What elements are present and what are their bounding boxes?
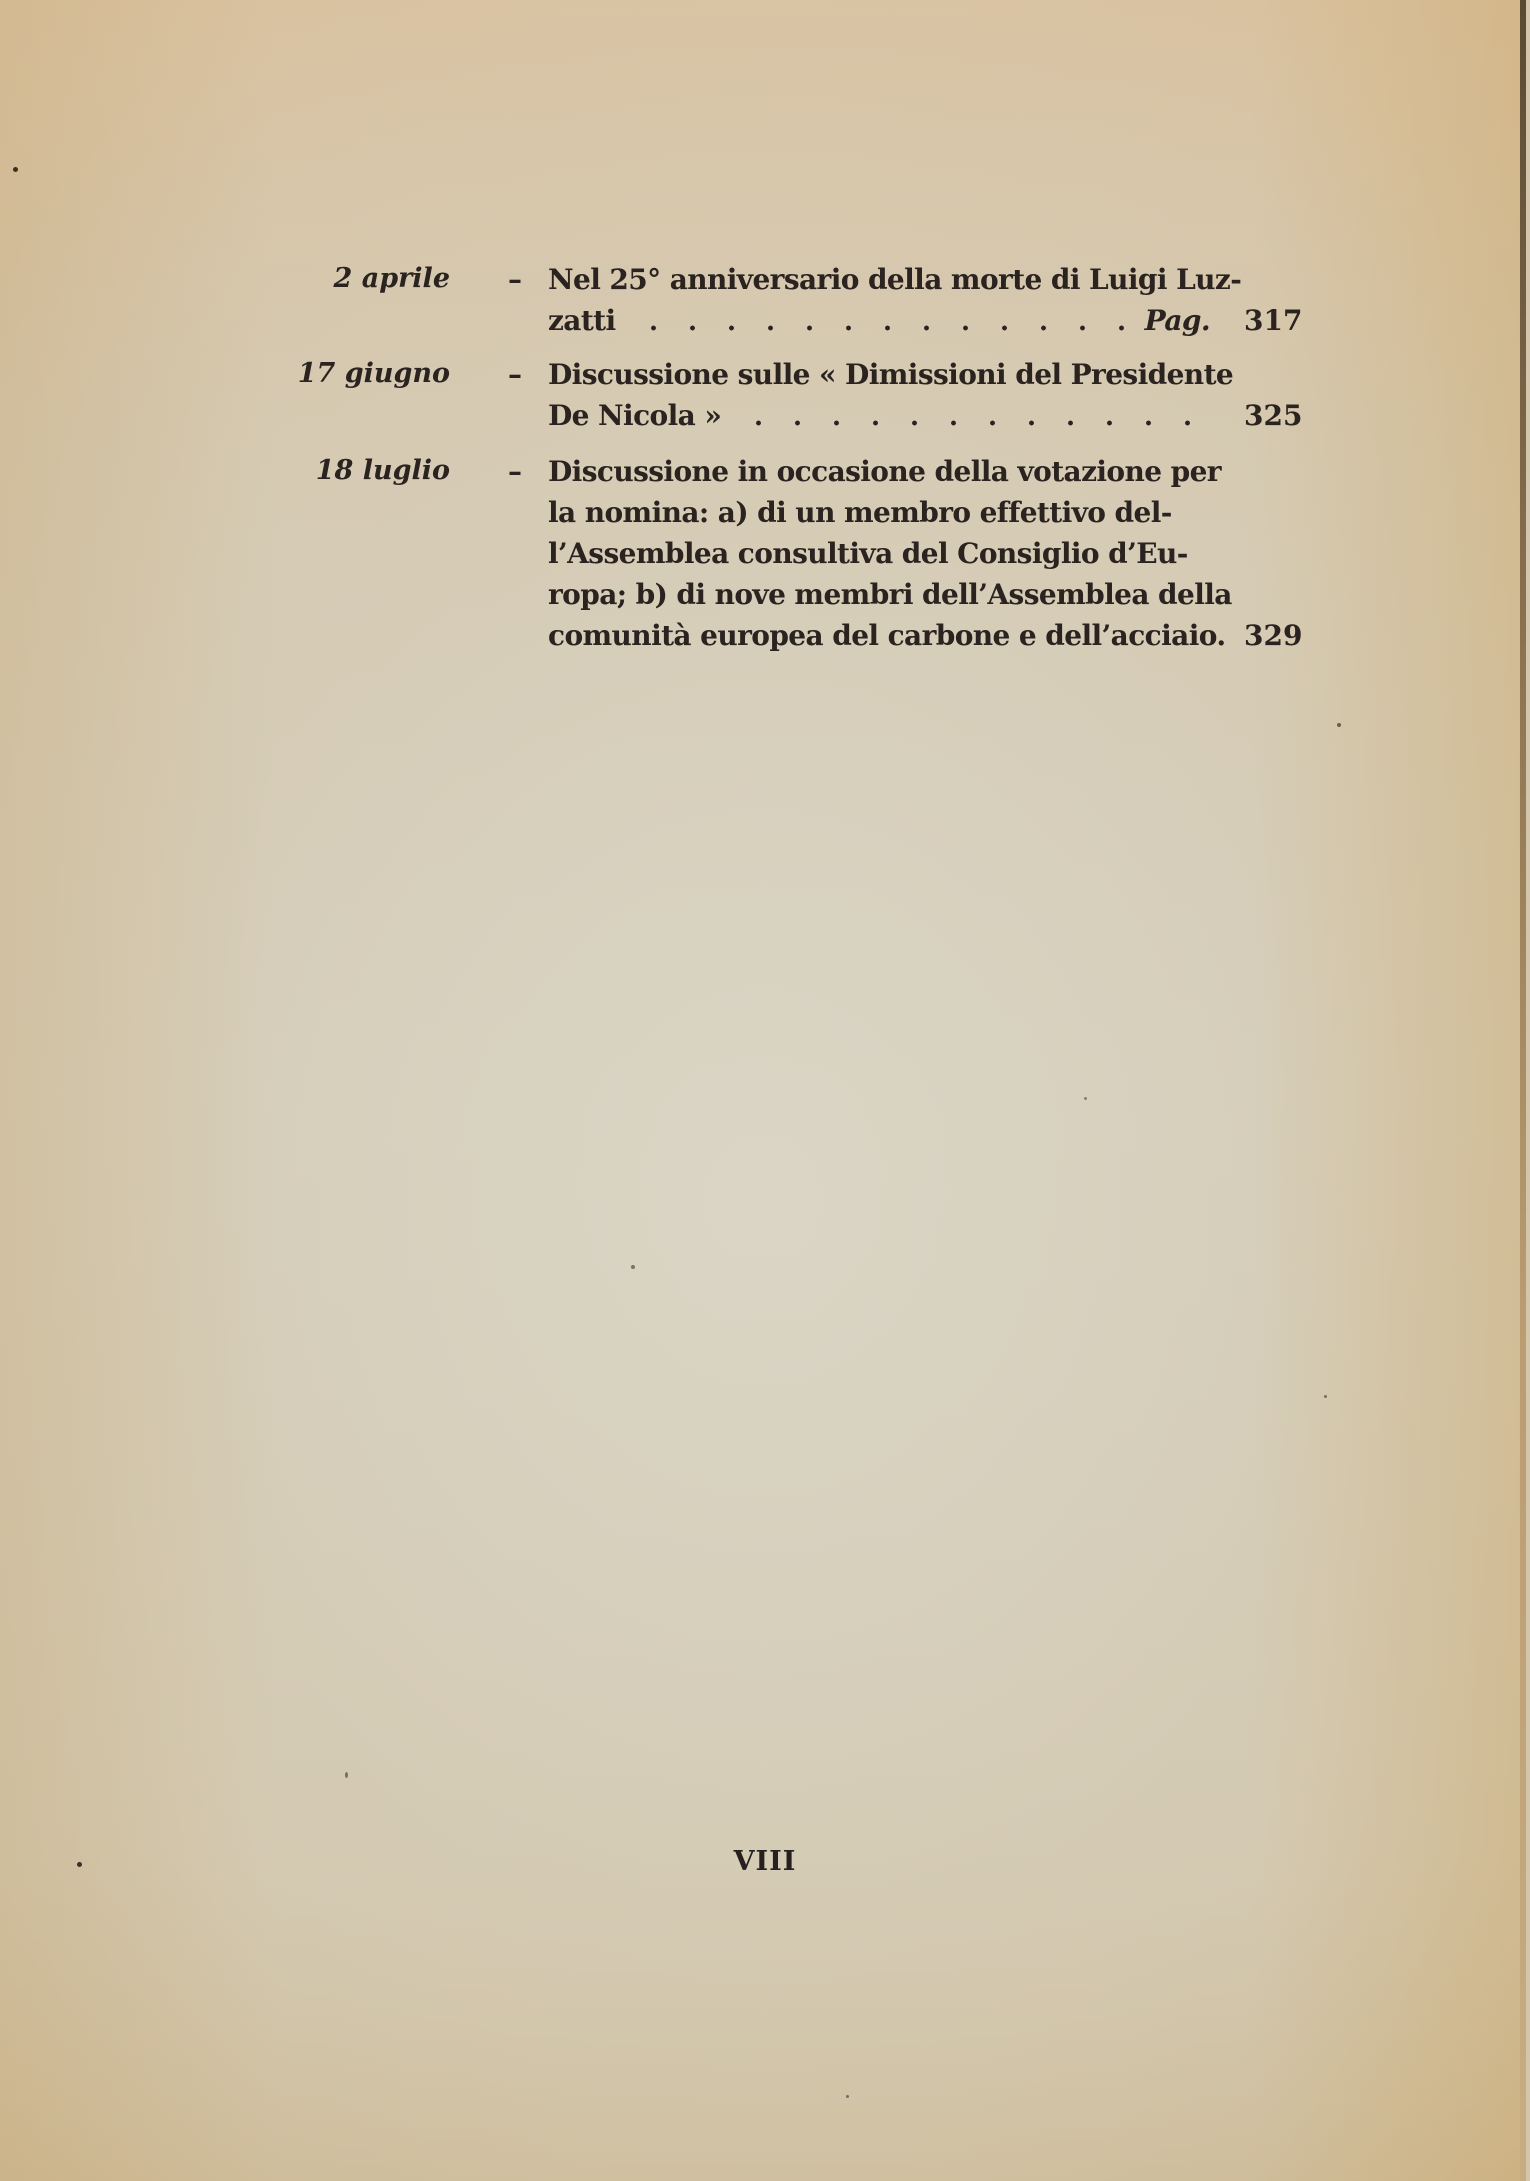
paper-speck bbox=[1324, 1395, 1327, 1398]
page-label: Pag. bbox=[1145, 304, 1210, 337]
entry-date: 18 luglio bbox=[290, 455, 450, 486]
entry-leader-line: zatti Pag. bbox=[548, 304, 1210, 337]
entry-text-line: De Nicola » bbox=[548, 399, 721, 432]
entry-text-line: la nomina: a) di un membro effettivo del… bbox=[548, 496, 1210, 529]
entry-dash: – bbox=[508, 358, 522, 391]
entry-text-line: comunità europea del carbone e dell’acci… bbox=[548, 619, 1210, 652]
entry-dash: – bbox=[508, 263, 522, 296]
paper-speck bbox=[13, 167, 18, 172]
page-folio: VIII bbox=[0, 1846, 1530, 1877]
dot-leader bbox=[634, 325, 1133, 331]
entry-dash: – bbox=[508, 455, 522, 488]
page-number: 329 bbox=[1244, 619, 1302, 652]
book-page: 2 aprile – Nel 25° anniversario della mo… bbox=[0, 0, 1526, 2181]
entry-date: 2 aprile bbox=[290, 263, 450, 294]
paper-speck bbox=[1337, 723, 1341, 727]
paper-speck bbox=[345, 1772, 348, 1778]
entry-text-line: zatti bbox=[548, 304, 616, 337]
dot-leader bbox=[739, 420, 1210, 426]
paper-speck bbox=[1084, 1097, 1087, 1100]
paper-speck bbox=[631, 1265, 635, 1269]
entry-text-line: Nel 25° anniversario della morte di Luig… bbox=[548, 263, 1210, 296]
paper-speck bbox=[846, 2095, 849, 2098]
entry-leader-line: De Nicola » bbox=[548, 399, 1210, 432]
entry-date: 17 giugno bbox=[290, 358, 450, 389]
entry-text-line: Discussione in occasione della votazione… bbox=[548, 455, 1210, 488]
page-number: 317 bbox=[1244, 304, 1302, 337]
entry-text-line: Discussione sulle « Dimissioni del Presi… bbox=[548, 358, 1210, 391]
page-number: 325 bbox=[1244, 399, 1302, 432]
entry-text-line: ropa; b) di nove membri dell’Assemblea d… bbox=[548, 578, 1210, 611]
entry-text-line: l’Assemblea consultiva del Consiglio d’E… bbox=[548, 537, 1210, 570]
paper-speck bbox=[77, 1862, 82, 1867]
